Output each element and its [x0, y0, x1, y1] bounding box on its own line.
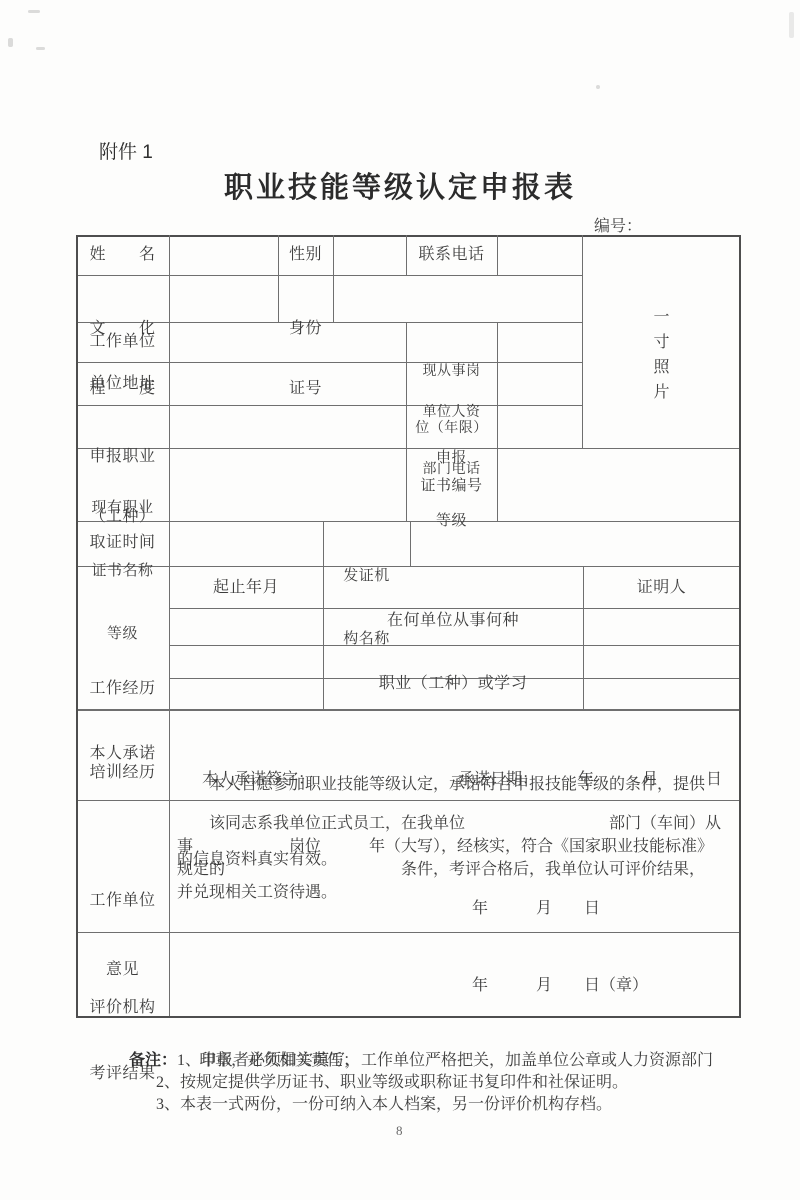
- unit-address-label: 单位地址: [76, 374, 169, 394]
- experience-detail-cell: [324, 609, 582, 644]
- experience-section-label: 工作经历 培训经历: [76, 619, 169, 843]
- education-level-field: [170, 276, 277, 321]
- id-number-field: [334, 276, 581, 321]
- commitment-signature-label: 本人承诺签字：: [202, 769, 314, 791]
- work-unit-field: [170, 323, 405, 361]
- experience-witness-cell: [584, 609, 738, 644]
- label-line: 评价机构: [76, 997, 169, 1019]
- experience-witness-cell: [584, 679, 738, 708]
- unit-opinion-text-line: 事 岗位 年（大写），经核实，符合《国家职业技能标准》: [177, 836, 713, 858]
- certificate-number-field: [498, 449, 738, 520]
- contact-phone-field: [498, 236, 581, 274]
- scan-artifact: [789, 12, 794, 38]
- page-title: 职业技能等级认定申报表: [0, 165, 800, 206]
- experience-period-cell: [170, 609, 322, 644]
- label-line: 申报: [406, 448, 497, 469]
- issuing-institution-field: [411, 522, 738, 565]
- certificate-date-field: [170, 522, 322, 565]
- commitment-section-label: 本人承诺: [76, 744, 169, 764]
- label-line: 现有职业: [76, 498, 169, 519]
- scan-artifact: [36, 47, 45, 50]
- name-label: 姓 名: [76, 245, 169, 265]
- experience-detail-cell: [324, 646, 582, 677]
- hr-department-phone-field: [498, 363, 581, 404]
- scan-artifact: [28, 10, 40, 13]
- label-line: 工作单位: [76, 889, 169, 912]
- attachment-label: 附件 1: [99, 137, 153, 164]
- notes-line-2: 印章，并负相关责任；: [199, 1050, 359, 1072]
- gender-field: [334, 236, 405, 274]
- notes-line-4: 3、本表一式两份，一份可纳入本人档案，另一份评价机构存档。: [156, 1094, 612, 1116]
- commitment-date-label: 承诺日期： 年 月 日: [458, 769, 722, 791]
- applied-occupation-field: [170, 406, 405, 447]
- label-line: 证书名称: [76, 561, 169, 582]
- name-field: [170, 236, 277, 274]
- unit-opinion-text-line: 该同志系我单位正式员工，在我单位 部门（车间）从: [177, 813, 721, 835]
- scanned-application-form-page: 附件 1 职业技能等级认定申报表 编号： 姓 名 性别 联系电话 文 化 程 度…: [0, 0, 800, 1200]
- table-border-bottom: [76, 1016, 741, 1018]
- certificate-date-label: 取证时间: [76, 533, 169, 553]
- evaluation-date-line: 年 月 日（章）: [472, 975, 648, 997]
- scan-artifact: [8, 38, 13, 47]
- table-border-right: [739, 235, 741, 1017]
- current-post-field: [498, 323, 581, 361]
- notes-label: 备注：: [129, 1052, 177, 1069]
- scan-artifact: [596, 85, 600, 89]
- unit-address-field: [170, 363, 405, 404]
- work-unit-label: 工作单位: [76, 332, 169, 352]
- experience-period-cell: [170, 646, 322, 677]
- page-number: 8: [396, 1123, 403, 1139]
- serial-number-label: 编号：: [594, 213, 642, 236]
- experience-witness-cell: [584, 646, 738, 677]
- notes-line-3: 2、按规定提供学历证书、职业等级或职称证书复印件和社保证明。: [156, 1072, 628, 1094]
- contact-phone-label: 联系电话: [406, 245, 497, 265]
- experience-detail-cell: [324, 679, 582, 708]
- applied-level-field: [498, 406, 581, 447]
- experience-period-header: 起止年月: [169, 578, 323, 598]
- label-line: 工作经历: [76, 675, 169, 703]
- experience-witness-header: 证明人: [583, 578, 740, 598]
- existing-certificate-field: [170, 449, 405, 520]
- unit-opinion-text-line: 规定的 条件，考评合格后，我单位认可评价结果，: [177, 859, 705, 881]
- gender-label: 性别: [278, 245, 333, 265]
- photo-area: [583, 236, 738, 447]
- certificate-number-label: 证书编号: [406, 476, 497, 497]
- unit-opinion-text-line: 并兑现相关工资待遇。: [177, 882, 337, 904]
- unit-opinion-date-line: 年 月 日: [472, 898, 600, 920]
- table-line: [76, 932, 740, 933]
- experience-period-cell: [170, 679, 322, 708]
